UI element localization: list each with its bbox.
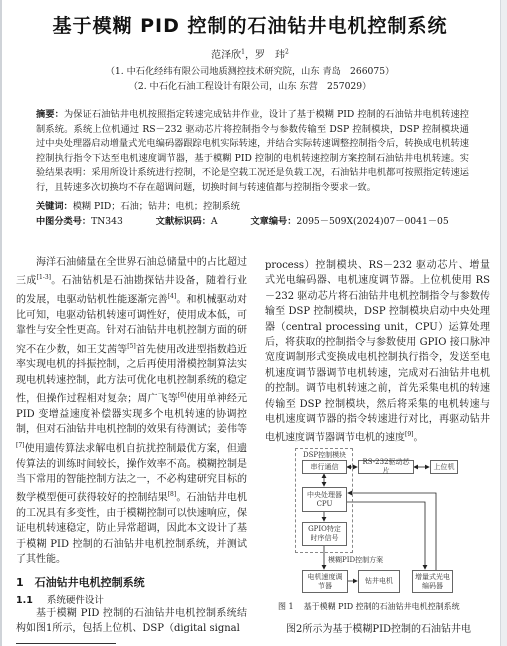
paragraph-text: 。 xyxy=(414,433,424,444)
article-no-label: 文章编号： xyxy=(250,216,296,227)
section-1-heading: 1 石油钻井电机控制系统 xyxy=(16,574,145,590)
citation[interactable]: [1-3] xyxy=(37,274,51,281)
clc-label: 中图分类号： xyxy=(36,216,91,227)
classification-line: 中图分类号：TN343 文献标识码：A 文章编号：2095－509X(2024)… xyxy=(36,213,476,227)
doc-code-label: 文献标识码： xyxy=(156,216,211,227)
fuzzy-pid-label: 模糊PID控制方案 xyxy=(328,555,383,565)
speed-regulator-label: 电机速度调 xyxy=(308,573,343,582)
abstract-text: 为保证石油钻井电机按照指定转速完成钻井作业，设计了基于模糊 PID 控制的石油钻… xyxy=(36,109,469,193)
abstract: 摘要：为保证石油钻井电机按照指定转速完成钻井作业，设计了基于模糊 PID 控制的… xyxy=(36,108,469,196)
keywords-text: 模糊 PID；石油；钻井；电机；控制系统 xyxy=(73,201,240,212)
citation[interactable]: [7] xyxy=(16,442,25,449)
author-line: 范泽欣1，罗 玮2 xyxy=(0,46,500,61)
citation[interactable]: [5] xyxy=(127,343,136,350)
author-name: 罗 玮 xyxy=(255,50,285,61)
right-column-text: process）控制模块、RS－232 驱动芯片、增量式光电编码器、电机速度调节… xyxy=(265,258,490,446)
paragraph: process）控制模块、RS－232 驱动芯片、增量式光电编码器、电机速度调节… xyxy=(265,258,490,446)
speed-regulator-label: 节器 xyxy=(318,582,332,591)
keywords: 关键词：模糊 PID；石油；钻井；电机；控制系统 xyxy=(36,198,240,212)
citation[interactable]: [9] xyxy=(405,431,414,438)
gpio-box: GPIO特定 时序信号 xyxy=(302,522,347,546)
paper-title: 基于模糊 PID 控制的石油钻井电机控制系统 xyxy=(0,11,500,38)
keywords-label: 关键词： xyxy=(36,201,73,212)
left-column-intro: 海洋石油储量在全世界石油总储量中的占比超过三成[1-3]。石油钻机是石油勘探钻井… xyxy=(16,255,247,568)
paragraph-text: 基于模糊 PID 控制的石油钻井电机控制系统结构如图1所示，包括上位机、DSP（… xyxy=(16,606,247,637)
author-separator: ， xyxy=(245,50,255,61)
figure-number: 图 1 xyxy=(278,602,294,611)
doc-code-value: A xyxy=(211,216,218,227)
section-1-1-heading: 1.1系统硬件设计 xyxy=(16,592,104,606)
section-number: 1.1 xyxy=(16,595,33,606)
encoder-label: 编码器 xyxy=(422,582,443,591)
gpio-label: GPIO特定 xyxy=(308,525,341,534)
host-pc-box: 上位机 xyxy=(430,460,458,474)
dsp-module-label: DSP控制模块 xyxy=(303,450,346,460)
paragraph-text: process）控制模块、RS－232 驱动芯片、增量式光电编码器、电机速度调节… xyxy=(265,260,490,444)
speed-regulator-box: 电机速度调 节器 xyxy=(302,570,348,593)
serial-comm-box: 串行通信 xyxy=(302,460,347,474)
section-1-1-paragraph: 基于模糊 PID 控制的石油钻井电机控制系统结构如图1所示，包括上位机、DSP（… xyxy=(16,606,247,637)
intro-paragraph: 海洋石油储量在全世界石油总储量中的占比超过三成[1-3]。石油钻机是石油勘探钻井… xyxy=(16,255,247,568)
abstract-label: 摘要： xyxy=(36,109,64,120)
viewer-scrollbar[interactable] xyxy=(500,0,507,646)
figure-caption-text: 基于模糊 PID 控制的石油钻井电机控制系统 xyxy=(304,602,460,611)
right-column-tail-text: 图2所示为基于模糊PID控制的石油钻井电 xyxy=(286,620,471,635)
figure-1-caption: 图 1基于模糊 PID 控制的石油钻井电机控制系统 xyxy=(278,601,460,612)
citation[interactable]: [4] xyxy=(168,293,177,300)
affiliation-1: （1. 中石化经纬有限公司地质测控技术研究院，山东 青岛 266075） xyxy=(0,63,500,77)
cpu-label: 中央处理器 xyxy=(307,491,342,500)
affiliation-2: （2. 中石化石油工程设计有限公司，山东 东营 257029） xyxy=(0,78,500,92)
gpio-label: 时序信号 xyxy=(311,534,339,543)
citation[interactable]: [8] xyxy=(168,491,177,498)
clc-value: TN343 xyxy=(91,216,123,227)
cpu-box: 中央处理器 CPU xyxy=(302,487,347,512)
section-title: 系统硬件设计 xyxy=(47,595,104,606)
drill-motor-box: 钻井电机 xyxy=(358,570,400,593)
footnote-rule xyxy=(16,643,116,644)
encoder-label: 增量式光电 xyxy=(415,573,450,582)
encoder-box: 增量式光电 编码器 xyxy=(412,570,453,593)
article-no-value: 2095－509X(2024)07－0041－05 xyxy=(296,216,448,227)
author-name: 范泽欣 xyxy=(211,50,241,61)
page-left-edge xyxy=(0,0,2,646)
rs232-chip-box: RS-232驱动芯片 xyxy=(358,460,414,474)
author-affil-sup: 2 xyxy=(285,49,289,56)
cpu-label: CPU xyxy=(317,500,333,509)
